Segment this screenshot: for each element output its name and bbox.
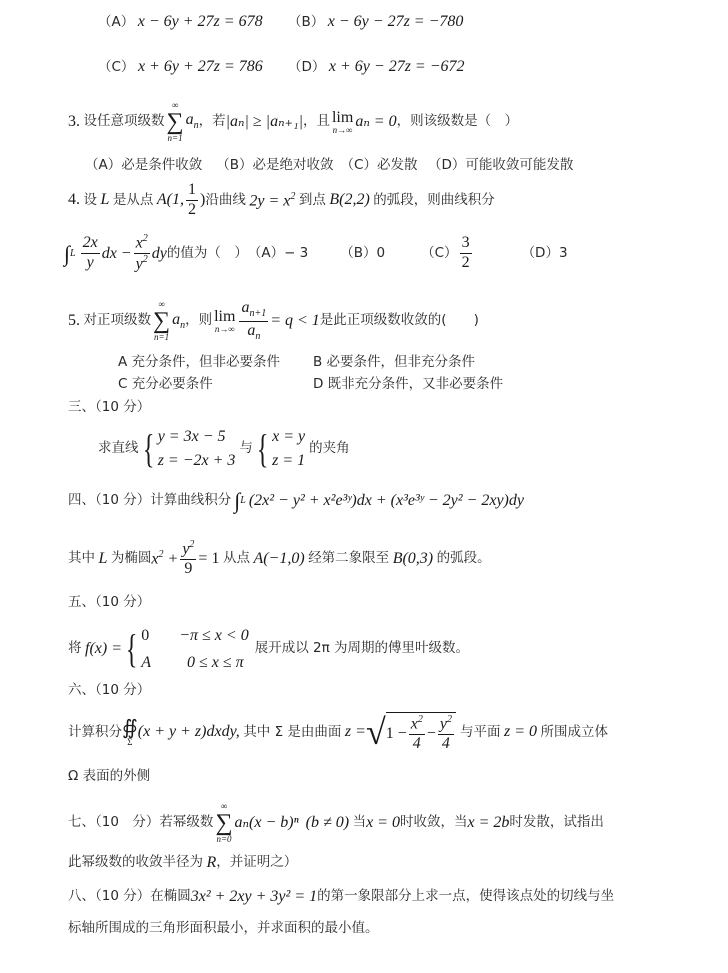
section-6-heading: 六、（10 分）: [68, 684, 150, 698]
section-5-body: 将 f(x) = { 0−π ≤ x < 0 A0 ≤ x ≤ π 展开成以 2…: [68, 622, 469, 676]
section-3-heading: 三、（10 分）: [68, 401, 150, 415]
q5-option-b: B 必要条件，但非充分条件: [313, 356, 475, 370]
section-3-body: 求直线 { y = 3x − 5z = −2x + 3 与 { x = yz =…: [98, 425, 350, 473]
section-6-body-2: Ω 表面的外侧: [68, 770, 150, 784]
section-4-heading: 四、（10 分）计算曲线积分 ∫L (2x² − y² + x²e³ʸ)dx +…: [68, 490, 524, 512]
summation: ∞ ∑ n=1: [167, 101, 184, 143]
q5-option-a: A 充分条件，但非必要条件: [118, 356, 280, 370]
q2-option-c: （C） x + 6y + 27z = 786: [98, 59, 263, 75]
q4-integral-line: ∫L 2xy dx − x2y2 dy 的值为（ ） （A）− 3 （B）0 （…: [64, 234, 568, 273]
section-8-body: 八、（10 分）在椭圆 3x² + 2xy + 3y² = 1 的第一象限部分上…: [68, 889, 614, 905]
section-8-body-2: 标轴所围成的三角形面积最小，并求面积的最小值。: [68, 922, 379, 936]
q2-option-d: （D） x + 6y − 27z = −672: [288, 59, 465, 75]
q3-options: （A）必是条件收敛 （B）必是绝对收敛 （C）必发散 （D）可能收敛可能发散: [85, 159, 573, 173]
question-3: 3. 设任意项级数 ∞ ∑ n=1 an ，若 |aₙ| ≥ |aₙ₊₁| ，且…: [68, 101, 518, 143]
q2-option-b: （B） x − 6y − 27z = −780: [288, 14, 463, 30]
limit: lim n→∞: [332, 110, 353, 135]
section-5-heading: 五、（10 分）: [68, 596, 150, 610]
section-4-body: 其中 L 为椭圆 x2 + y29 = 1 从点 A(−1,0) 经第二象限至 …: [68, 540, 491, 578]
q2-option-a: （A） x − 6y + 27z = 678: [98, 14, 263, 30]
q5-option-d: D 既非充分条件，又非必要条件: [313, 378, 503, 392]
section-7-body-2: 此幂级数的收敛半径为 R ，并证明之）: [68, 855, 297, 871]
surface-integral-sign: ∯ Σ: [122, 718, 138, 747]
section-6-body: 计算积分 ∯ Σ (x + y + z)dxdy, 其中 Σ 是由曲面 z = …: [68, 712, 608, 753]
section-7-body: 七、（10 分）若幂级数 ∞∑n=0 aₙ(x − b)ⁿ (b ≠ 0) 当 …: [68, 802, 604, 844]
square-root: √ 1 −x24−y24: [366, 712, 456, 753]
question-4: 4. 设 L 是从点 A(1, 12 ) 沿曲线 2y = x2 到点 B(2,…: [68, 182, 495, 219]
q5-option-c: C 充分必要条件: [118, 378, 213, 392]
question-5: 5. 对正项级数 ∞∑n=1 an ，则 limn→∞ an+1an = q <…: [68, 300, 479, 342]
